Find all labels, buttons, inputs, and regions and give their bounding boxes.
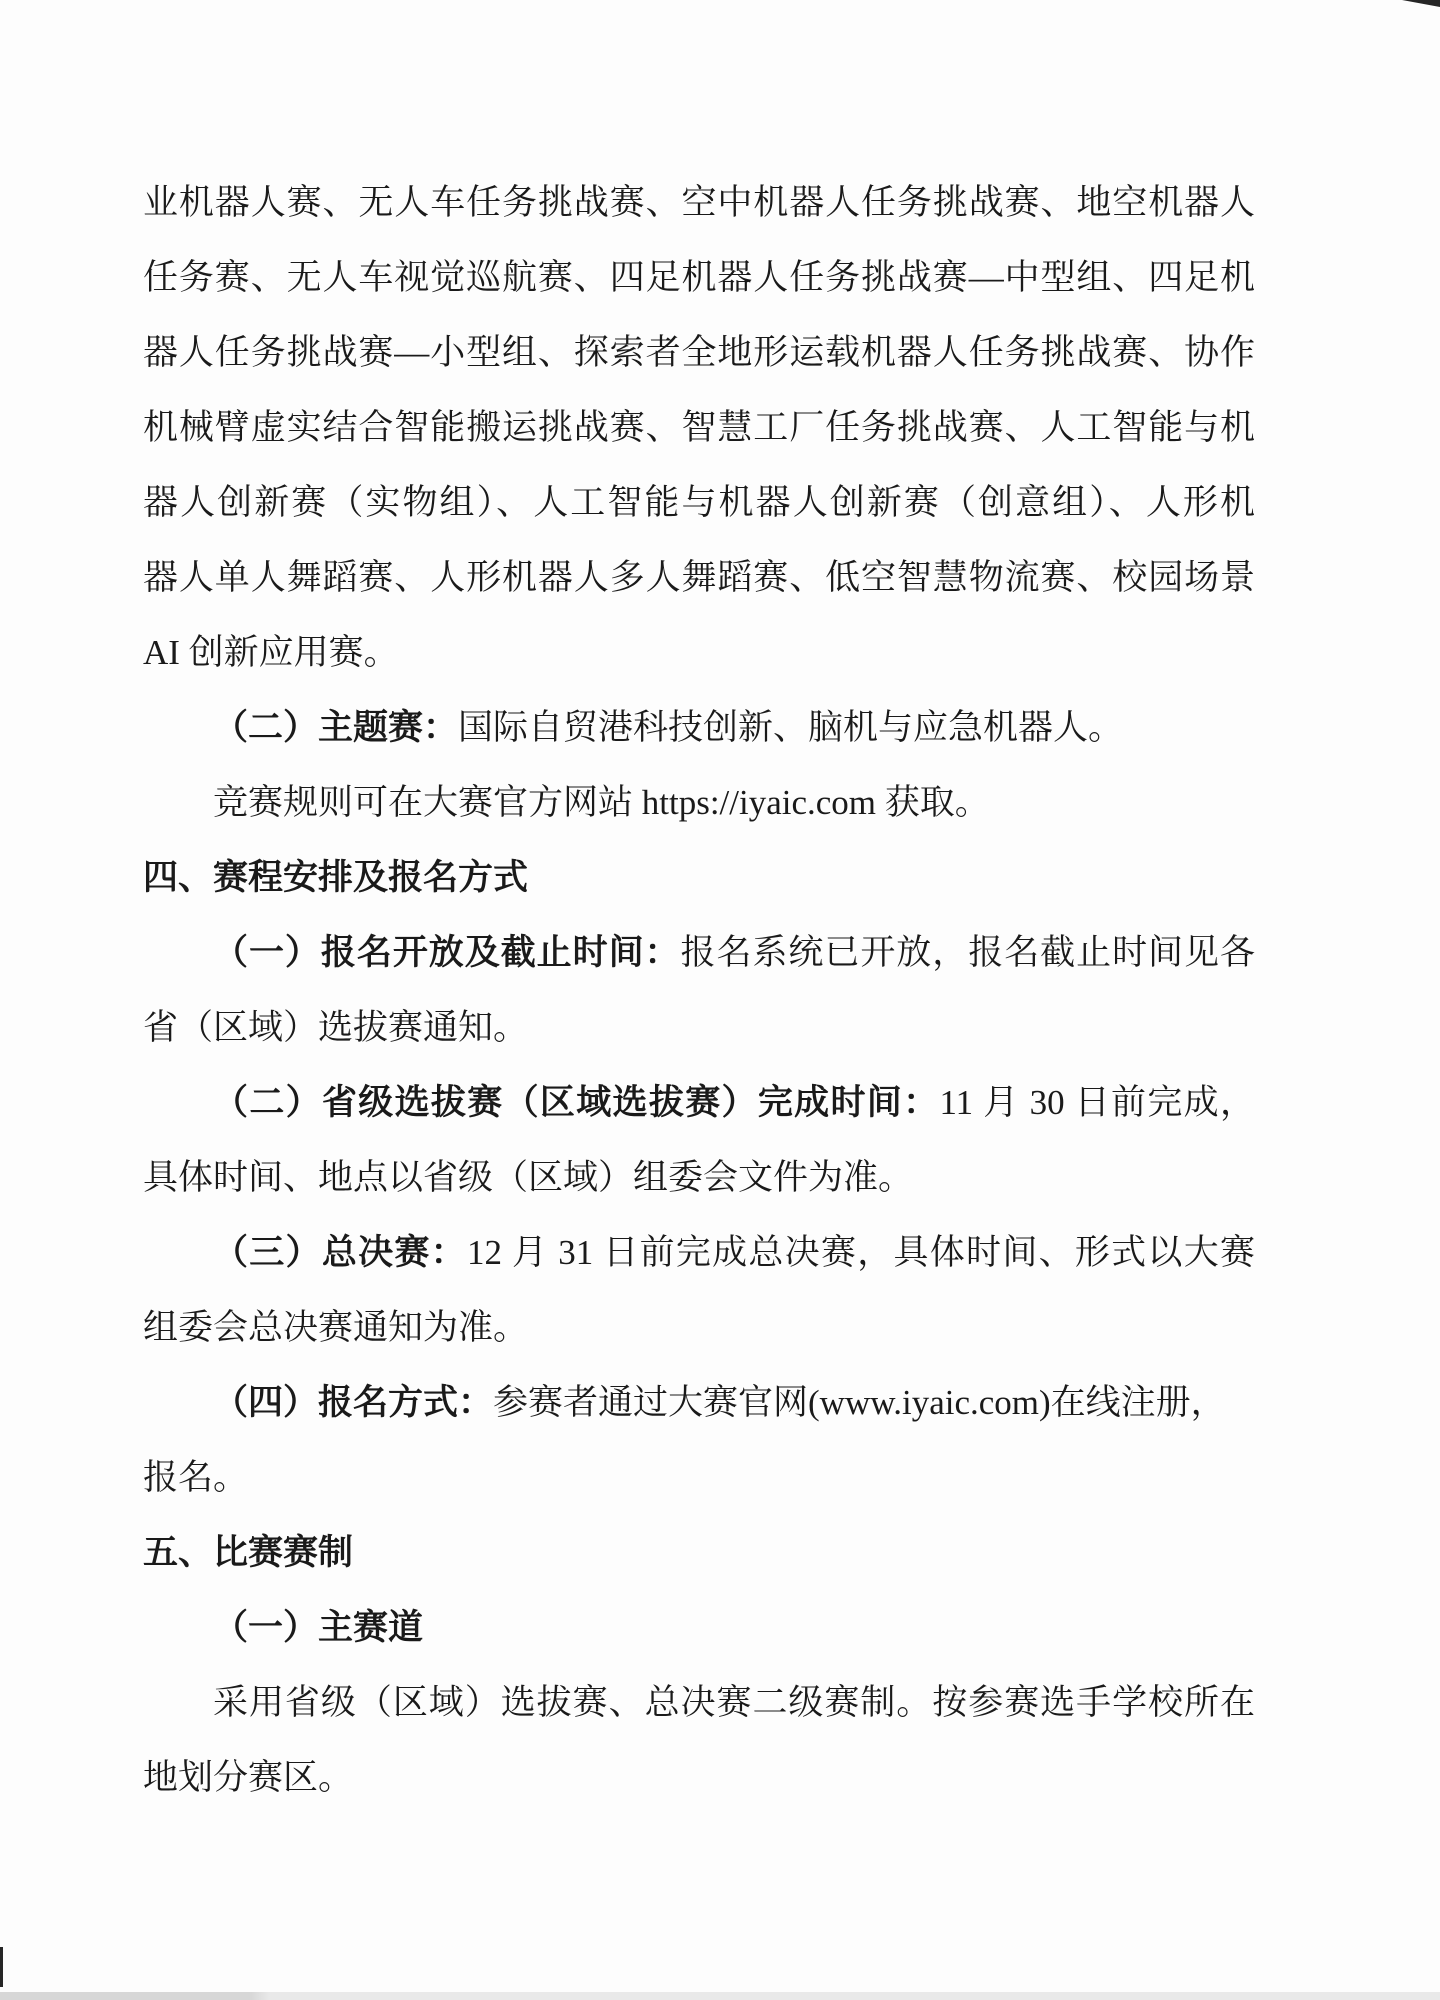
bold-text: （三）总决赛：	[213, 1233, 467, 1272]
body-text: 具体时间、地点以省级（区域）组委会文件为准。	[143, 1158, 913, 1197]
text-line-4: 机械臂虚实结合智能搬运挑战赛、智慧工厂任务挑战赛、人工智能与机	[143, 390, 1255, 465]
body-text: 业机器人赛、无人车任务挑战赛、空中机器人任务挑战赛、地空机器人	[143, 183, 1255, 222]
text-line-14: 具体时间、地点以省级（区域）组委会文件为准。	[143, 1140, 1255, 1215]
body-text: 器人创新赛（实物组）、人工智能与机器人创新赛（创意组）、人形机	[143, 483, 1255, 522]
body-text: 任务赛、无人车视觉巡航赛、四足机器人任务挑战赛—中型组、四足机	[143, 258, 1255, 297]
body-text: 国际自贸港科技创新、脑机与应急机器人。	[458, 708, 1123, 747]
body-text: 省（区域）选拔赛通知。	[143, 1008, 528, 1047]
scan-artifact-corner	[1402, 0, 1440, 7]
body-text: 器人单人舞蹈赛、人形机器人多人舞蹈赛、低空智慧物流赛、校园场景	[143, 558, 1255, 597]
text-line-18: 报名。	[143, 1440, 1255, 1515]
bold-text: 四、赛程安排及报名方式	[143, 858, 528, 897]
text-line-21: 采用省级（区域）选拔赛、总决赛二级赛制。按参赛选手学校所在	[143, 1665, 1255, 1740]
bold-text: （四）报名方式：	[213, 1383, 493, 1422]
text-line-1: 业机器人赛、无人车任务挑战赛、空中机器人任务挑战赛、地空机器人	[143, 165, 1255, 240]
body-text: 机械臂虚实结合智能搬运挑战赛、智慧工厂任务挑战赛、人工智能与机	[143, 408, 1255, 447]
body-text: 参赛者通过大赛官网(www.iyaic.com)在线注册，	[493, 1383, 1226, 1422]
text-line-2: 任务赛、无人车视觉巡航赛、四足机器人任务挑战赛—中型组、四足机	[143, 240, 1255, 315]
text-line-22: 地划分赛区。	[143, 1740, 1255, 1815]
text-line-3: 器人任务挑战赛—小型组、探索者全地形运载机器人任务挑战赛、协作	[143, 315, 1255, 390]
bold-text: （一）主赛道	[213, 1608, 423, 1647]
body-text: 器人任务挑战赛—小型组、探索者全地形运载机器人任务挑战赛、协作	[143, 333, 1255, 372]
bold-text: （二）主题赛：	[213, 708, 458, 747]
scan-artifact-bottom-strip	[0, 1992, 1440, 2000]
bold-text: （二）省级选拔赛（区域选拔赛）完成时间：	[213, 1083, 939, 1122]
text-line-16: 组委会总决赛通知为准。	[143, 1290, 1255, 1365]
text-line-13: （二）省级选拔赛（区域选拔赛）完成时间：11 月 30 日前完成，	[143, 1065, 1255, 1140]
document-body: 业机器人赛、无人车任务挑战赛、空中机器人任务挑战赛、地空机器人任务赛、无人车视觉…	[143, 165, 1255, 1815]
body-text: 报名系统已开放，报名截止时间见各	[681, 933, 1255, 972]
body-text: 12 月 31 日前完成总决赛，具体时间、形式以大赛	[467, 1233, 1255, 1272]
body-text: 11 月 30 日前完成，	[939, 1083, 1255, 1122]
text-line-12: 省（区域）选拔赛通知。	[143, 990, 1255, 1065]
text-line-10: 四、赛程安排及报名方式	[143, 840, 1255, 915]
bold-text: （一）报名开放及截止时间：	[213, 933, 681, 972]
body-text: 地划分赛区。	[143, 1758, 353, 1797]
text-line-20: （一）主赛道	[143, 1590, 1255, 1665]
text-line-11: （一）报名开放及截止时间：报名系统已开放，报名截止时间见各	[143, 915, 1255, 990]
text-line-15: （三）总决赛：12 月 31 日前完成总决赛，具体时间、形式以大赛	[143, 1215, 1255, 1290]
text-line-19: 五、比赛赛制	[143, 1515, 1255, 1590]
text-line-8: （二）主题赛：国际自贸港科技创新、脑机与应急机器人。	[143, 690, 1255, 765]
body-text: AI 创新应用赛。	[143, 633, 399, 672]
body-text: 组委会总决赛通知为准。	[143, 1308, 528, 1347]
body-text: 采用省级（区域）选拔赛、总决赛二级赛制。按参赛选手学校所在	[213, 1683, 1255, 1722]
text-line-17: （四）报名方式：参赛者通过大赛官网(www.iyaic.com)在线注册，	[143, 1365, 1255, 1440]
bold-text: 五、比赛赛制	[143, 1533, 353, 1572]
body-text: 报名。	[143, 1458, 248, 1497]
text-line-5: 器人创新赛（实物组）、人工智能与机器人创新赛（创意组）、人形机	[143, 465, 1255, 540]
scan-artifact-left-mark	[0, 1947, 3, 1987]
body-text: 竞赛规则可在大赛官方网站 https://iyaic.com 获取。	[213, 783, 990, 822]
text-line-9: 竞赛规则可在大赛官方网站 https://iyaic.com 获取。	[143, 765, 1255, 840]
text-line-6: 器人单人舞蹈赛、人形机器人多人舞蹈赛、低空智慧物流赛、校园场景	[143, 540, 1255, 615]
scanned-document-page: 业机器人赛、无人车任务挑战赛、空中机器人任务挑战赛、地空机器人任务赛、无人车视觉…	[0, 0, 1440, 2000]
text-line-7: AI 创新应用赛。	[143, 615, 1255, 690]
